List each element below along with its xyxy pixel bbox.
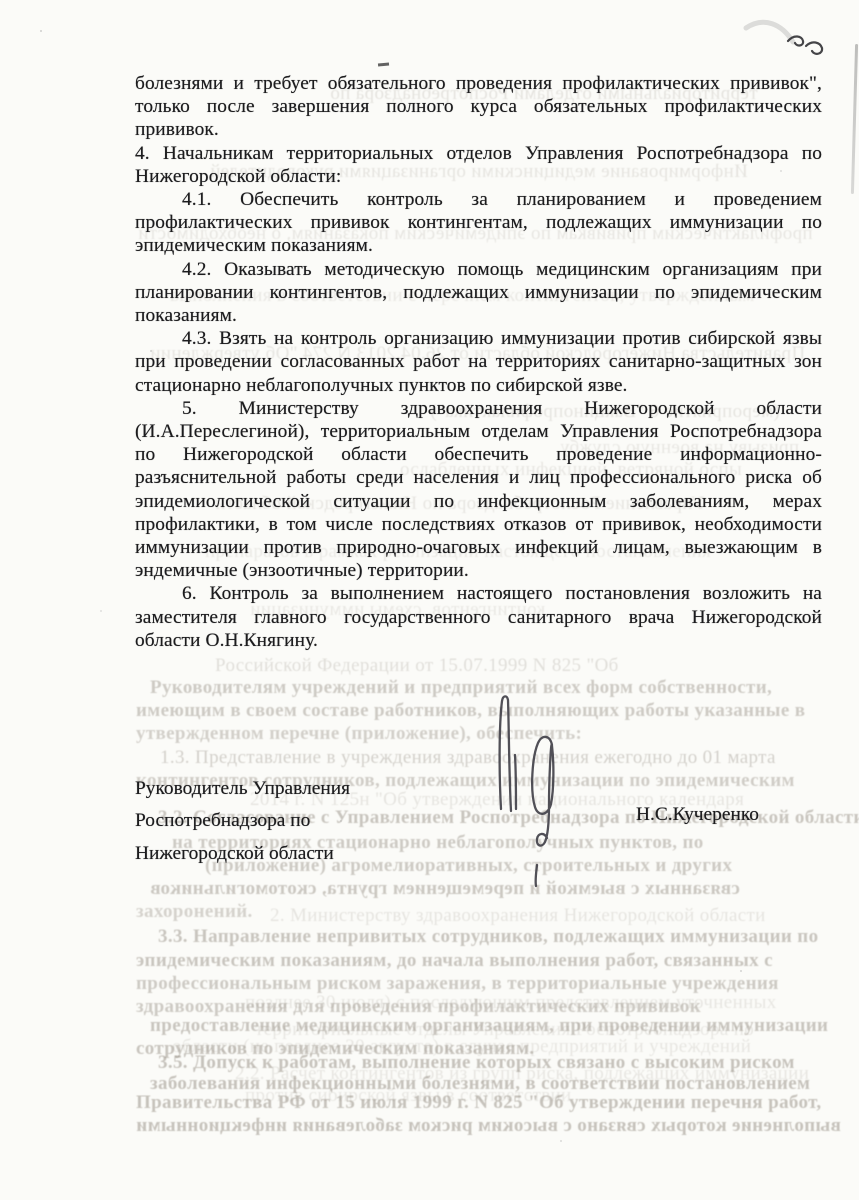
text-line: иммунизации против природно-очаговых инф… bbox=[135, 536, 822, 559]
paragraph-7: 6. Контроль за выполнением настоящего по… bbox=[135, 582, 822, 652]
text-line: эпидемиологической ситуации по инфекцион… bbox=[135, 490, 822, 513]
text-line: планировании контингентов, подлежащих им… bbox=[135, 281, 822, 304]
text-line: 4.3. Взять на контроль организацию иммун… bbox=[135, 327, 822, 350]
text-line: разъяснительной работы среди населения и… bbox=[135, 466, 822, 489]
text-line: 6. Контроль за выполнением настоящего по… bbox=[135, 582, 822, 605]
bleedthrough-line: Российской Федерации от 15.07.1999 N 825… bbox=[215, 656, 619, 676]
paragraph-5: 4.3. Взять на контроль организацию иммун… bbox=[135, 327, 822, 397]
document-body-text: болезнями и требует обязательного провед… bbox=[135, 72, 822, 652]
text-line: стационарно неблагополучных пунктов по с… bbox=[135, 374, 822, 397]
paragraph-2: 4. Начальникам территориальных отделов У… bbox=[135, 142, 822, 188]
signatory-title: Руководитель Управления Роспотребнадзора… bbox=[135, 773, 465, 870]
signatory-title-line-3: Нижегородской области bbox=[135, 838, 465, 870]
bleedthrough-line: профессиональным риском заражения, в тер… bbox=[136, 974, 779, 994]
text-line: 4.1. Обеспечить контроль за планирование… bbox=[135, 188, 822, 211]
text-line: прививок. bbox=[135, 118, 822, 141]
text-line: показаниям. bbox=[135, 304, 822, 327]
signatory-name: Н.С.Кучеренко bbox=[636, 804, 759, 826]
bleedthrough-line: Правительства РФ от 15 июля 1999 г. N 82… bbox=[136, 1093, 821, 1113]
text-line: 5. Министерству здравоохранения Нижегоро… bbox=[135, 397, 822, 420]
bleedthrough-line: имеющим в своем составе работников, выпо… bbox=[136, 701, 805, 721]
text-line: по Нижегородской области обеспечить пров… bbox=[135, 443, 822, 466]
paragraph-1: болезнями и требует обязательного провед… bbox=[135, 72, 822, 142]
text-line: области О.Н.Княгину. bbox=[135, 629, 822, 652]
text-line: профилактических прививок контингентам, … bbox=[135, 211, 822, 234]
handwritten-signature bbox=[480, 685, 600, 895]
bleedthrough-line: позднее 30 июля) с последующим представл… bbox=[245, 993, 777, 1013]
bleedthrough-line: связанных с выемкой и перемещением грунт… bbox=[150, 879, 740, 899]
bleedthrough-line: захоронений. bbox=[136, 902, 253, 922]
pen-squiggle-mark bbox=[690, 8, 859, 78]
text-line: 4.2. Оказывать методическую помощь медиц… bbox=[135, 258, 822, 281]
bleedthrough-line: эпидемическим показаниям, до начала выпо… bbox=[136, 951, 773, 971]
bleedthrough-line: выполнение которых связано с высоким рис… bbox=[136, 1116, 841, 1136]
scan-noise-speckles bbox=[40, 30, 42, 32]
paragraph-6: 5. Министерству здравоохранения Нижегоро… bbox=[135, 397, 822, 583]
text-line: только после завершения полного курса об… bbox=[135, 95, 822, 118]
paragraph-4: 4.2. Оказывать методическую помощь медиц… bbox=[135, 258, 822, 328]
scanned-document-page: территориальными отделами Роспотребнадзо… bbox=[0, 0, 859, 1200]
bleedthrough-line: Руководителям учреждений и предприятий в… bbox=[150, 678, 772, 698]
fold-shadow bbox=[746, 22, 793, 42]
paragraph-3: 4.1. Обеспечить контроль за планирование… bbox=[135, 188, 822, 258]
bleedthrough-line: 2. Министерству здравоохранения Нижегоро… bbox=[270, 906, 766, 926]
text-line: профилактики, в том числе последствиях о… bbox=[135, 513, 822, 536]
text-line: (И.А.Переслегиной), территориальным отде… bbox=[135, 420, 822, 443]
text-line: при проведении согласованных работ на те… bbox=[135, 350, 822, 373]
text-line: 4. Начальникам территориальных отделов У… bbox=[135, 142, 822, 165]
text-line: Нижегородской области: bbox=[135, 165, 822, 188]
text-line: эндемичные (энзоотичные) территории. bbox=[135, 559, 822, 582]
bleedthrough-line: 1.3. Представление в учреждения здравоох… bbox=[160, 748, 776, 768]
text-line: эпидемическим показаниям. bbox=[135, 234, 822, 257]
bleedthrough-line: 3.3. Направление непривитых сотрудников,… bbox=[158, 927, 818, 947]
signatory-title-line-2: Роспотребнадзора по bbox=[135, 805, 465, 837]
signatory-title-line-1: Руководитель Управления bbox=[135, 773, 465, 805]
text-line: заместителя главного государственного са… bbox=[135, 606, 822, 629]
